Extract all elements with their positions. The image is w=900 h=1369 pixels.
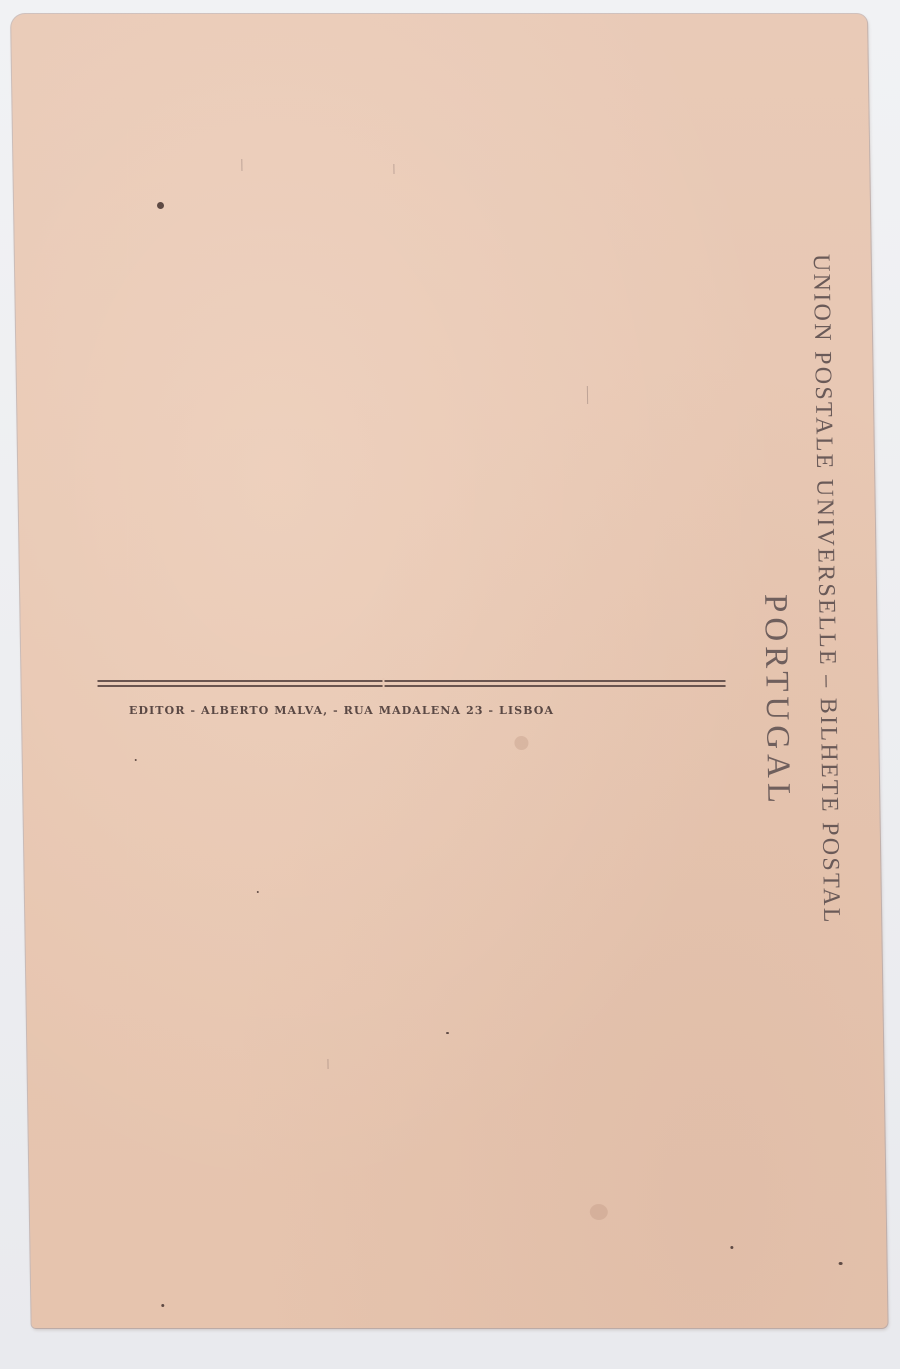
ink-speck — [135, 759, 137, 761]
upu-heading: UNION POSTALE UNIVERSELLE – BILHETE POST… — [807, 254, 845, 925]
ink-speck — [257, 891, 259, 893]
postcard: EDITOR - ALBERTO MALVA, - RUA MADALENA 2… — [11, 14, 888, 1328]
ghost-mark — [327, 1059, 328, 1069]
paper-stain — [514, 736, 528, 750]
ink-speck — [839, 1262, 843, 1265]
country-heading: PORTUGAL — [756, 594, 796, 808]
ink-speck — [157, 202, 164, 209]
ink-speck — [446, 1032, 449, 1034]
address-divider-line — [97, 680, 725, 688]
editor-imprint: EDITOR - ALBERTO MALVA, - RUA MADALENA 2… — [129, 704, 554, 717]
ghost-mark — [241, 159, 242, 171]
ghost-mark — [393, 164, 394, 174]
ghost-mark — [587, 386, 588, 404]
ink-speck — [161, 1304, 164, 1307]
paper-stain — [590, 1204, 608, 1220]
ink-speck — [730, 1246, 733, 1249]
